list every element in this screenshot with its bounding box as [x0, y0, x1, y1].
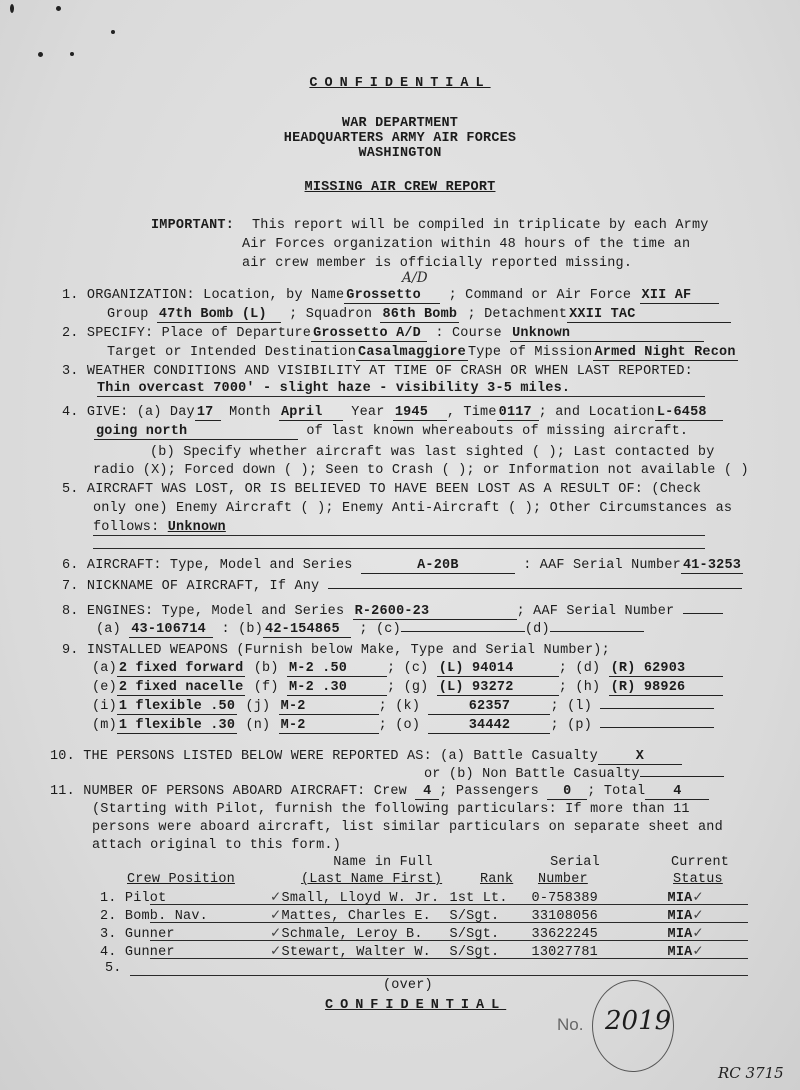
department-line-1: WAR DEPARTMENT: [0, 116, 800, 131]
checkmark-icon: ✓: [692, 943, 704, 959]
section-4-whereabouts-row: going north of last known whereabouts of…: [94, 424, 688, 440]
target-label: Target or Intended Destination: [107, 345, 356, 360]
header-rank: Rank: [480, 872, 513, 887]
engine-a-field[interactable]: 43-106714: [129, 623, 213, 638]
section-9-weapons: 9. INSTALLED WEAPONS (Furnish below Make…: [62, 643, 610, 658]
group-label: Group: [107, 307, 149, 322]
section-number: 10.: [50, 749, 75, 764]
section-4b-line-1: (b) Specify whether aircraft was last si…: [150, 445, 715, 460]
weapon-field[interactable]: 1 flexible .30: [117, 719, 237, 734]
cause-underline-1: [93, 535, 705, 536]
classification-bottom: CONFIDENTIAL: [325, 998, 506, 1013]
location-continued-field[interactable]: going north: [94, 425, 298, 440]
stamp-number-label: No.: [557, 1015, 583, 1035]
follows-label: follows:: [93, 520, 159, 535]
year-field[interactable]: 1945: [393, 406, 447, 421]
target-field[interactable]: Casalmaggiore: [356, 346, 468, 361]
day-label: GIVE: (a) Day: [87, 405, 195, 420]
section-8-serials-row: (a) 43-106714 : (b)42-154865 ; (c)(d): [96, 622, 644, 638]
course-field[interactable]: Unknown: [510, 327, 704, 342]
section-6-aircraft: 6. AIRCRAFT: Type, Model and Series A-20…: [62, 558, 743, 574]
important-line-1: This report will be compiled in triplica…: [252, 218, 709, 233]
weapon-label: ; (o): [379, 718, 421, 733]
row-underline: [150, 958, 748, 959]
battle-casualty-field[interactable]: X: [598, 750, 682, 765]
section-2-target-row: Target or Intended DestinationCasalmaggi…: [107, 345, 738, 361]
weapon-label: ; (l): [550, 699, 592, 714]
section-number: 1.: [62, 288, 79, 303]
weapon-field[interactable]: 2 fixed forward: [117, 662, 246, 677]
section-11-note-2: persons were aboard aircraft, list simil…: [92, 820, 723, 835]
time-label: , Time: [447, 405, 497, 420]
non-battle-casualty-field[interactable]: [640, 776, 724, 777]
detachment-label: ; Detachment: [468, 307, 568, 322]
weapon-label: ; (k): [379, 699, 421, 714]
speck: [38, 52, 43, 57]
nickname-label: NICKNAME OF AIRCRAFT, If Any: [87, 579, 319, 594]
row-underline: [130, 975, 748, 976]
location-label: ORGANIZATION: Location, by Name: [87, 288, 344, 303]
cause-line-1: AIRCRAFT WAS LOST, OR IS BELIEVED TO HAV…: [87, 482, 701, 497]
important-label: IMPORTANT:: [151, 218, 234, 233]
command-label: ; Command or Air Force: [449, 288, 632, 303]
section-4b-line-2: radio (X); Forced down ( ); Seen to Cras…: [93, 463, 749, 478]
detachment-field[interactable]: XXII TAC: [567, 308, 731, 323]
weapon-field[interactable]: 34442: [428, 719, 550, 734]
weapon-label: ; (c): [387, 661, 429, 676]
weapon-label: (i): [92, 699, 117, 714]
important-line-2: Air Forces organization within 48 hours …: [242, 237, 690, 252]
section-10-casualty: 10. THE PERSONS LISTED BELOW WERE REPORT…: [50, 749, 682, 765]
day-field[interactable]: 17: [195, 406, 221, 421]
header-status-bottom: Status: [673, 872, 723, 887]
section-number: 11.: [50, 784, 75, 799]
battle-casualty-label: THE PERSONS LISTED BELOW WERE REPORTED A…: [83, 749, 598, 764]
header-name-top: Name in Full: [328, 855, 438, 870]
crash-location-field[interactable]: L-6458: [655, 406, 723, 421]
weapon-field[interactable]: M-2 .30: [287, 681, 387, 696]
weapon-field[interactable]: 1 flexible .50: [117, 700, 237, 715]
classification-top: CONFIDENTIAL: [0, 76, 800, 91]
time-field[interactable]: 0117: [497, 406, 539, 421]
section-11-persons: 11. NUMBER OF PERSONS ABOARD AIRCRAFT: C…: [50, 784, 709, 800]
section-number: 2.: [62, 326, 79, 341]
crew-label: NUMBER OF PERSONS ABOARD AIRCRAFT: Crew: [83, 784, 407, 799]
command-field[interactable]: XII AF: [640, 289, 719, 304]
weapon-label: ; (d): [559, 661, 601, 676]
aircraft-type-field[interactable]: A-20B: [361, 559, 515, 574]
section-number: 9.: [62, 643, 79, 658]
checkmark-icon: ✓: [692, 889, 704, 905]
header-serial-top: Serial: [540, 855, 610, 870]
weapon-field[interactable]: M-2: [279, 700, 379, 715]
weapons-row: (e)2 fixed nacelle (f) M-2 .30; (g) (L) …: [92, 680, 723, 696]
course-label: : Course: [435, 326, 501, 341]
weapon-field[interactable]: [600, 708, 714, 709]
engine-c-label: ; (c): [359, 622, 401, 637]
departure-field[interactable]: Grossetto A/D: [311, 327, 427, 342]
squadron-field[interactable]: 86th Bomb: [380, 308, 459, 323]
weapon-field[interactable]: 62357: [428, 700, 550, 715]
section-1-group-row: Group 47th Bomb (L) ; Squadron 86th Bomb…: [107, 307, 731, 323]
engine-a-label: (a): [96, 622, 121, 637]
section-number: 3.: [62, 364, 79, 379]
section-2-specify: 2. SPECIFY: Place of DepartureGrossetto …: [62, 326, 704, 342]
whereabouts-label: of last known whereabouts of missing air…: [306, 424, 688, 439]
row-underline: [150, 922, 748, 923]
weapon-label: ; (g): [387, 680, 429, 695]
checkmark-icon: ✓: [270, 925, 282, 941]
squadron-label: ; Squadron: [289, 307, 372, 322]
weapons-row: (a)2 fixed forward (b) M-2 .50; (c) (L) …: [92, 661, 723, 677]
section-8-engines: 8. ENGINES: Type, Model and Series R-260…: [62, 604, 723, 620]
weather-underline: [97, 396, 705, 397]
speck: [111, 30, 115, 34]
passengers-count-field[interactable]: 0: [547, 785, 587, 800]
location-field[interactable]: Grossetto: [344, 289, 440, 304]
section-number: 8.: [62, 604, 79, 619]
weapon-field[interactable]: (L) 93272: [437, 681, 559, 696]
cause-line-2: only one) Enemy Aircraft ( ); Enemy Anti…: [93, 501, 732, 516]
nickname-field[interactable]: [328, 588, 742, 589]
section-number: 7.: [62, 579, 79, 594]
engine-d-field[interactable]: [550, 631, 644, 632]
section-number: 6.: [62, 558, 79, 573]
engine-serial-field[interactable]: [683, 613, 723, 614]
weapon-field[interactable]: [600, 727, 714, 728]
missing-air-crew-report-page: CONFIDENTIAL WAR DEPARTMENT HEADQUARTERS…: [0, 0, 800, 1090]
row-underline: [150, 940, 748, 941]
mission-label: Type of Mission: [468, 345, 593, 360]
total-label: ; Total: [587, 784, 645, 799]
engine-c-field[interactable]: [401, 631, 525, 632]
header-serial-bottom: Number: [538, 872, 588, 887]
month-label: Month: [229, 405, 271, 420]
engines-label: ENGINES: Type, Model and Series: [87, 604, 344, 619]
handwritten-ad-annotation: A/D: [402, 270, 428, 286]
group-field[interactable]: 47th Bomb (L): [157, 308, 281, 323]
section-3-weather: 3. WEATHER CONDITIONS AND VISIBILITY AT …: [62, 364, 693, 379]
non-battle-label: or (b) Non Battle Casualty: [424, 767, 640, 782]
weapons-label: INSTALLED WEAPONS (Furnish below Make, T…: [87, 643, 610, 658]
cause-field[interactable]: Unknown: [168, 520, 226, 535]
checkmark-icon: ✓: [270, 907, 282, 923]
year-label: Year: [351, 405, 384, 420]
engine-type-field[interactable]: R-2600-23: [353, 605, 517, 620]
weather-label: WEATHER CONDITIONS AND VISIBILITY AT TIM…: [87, 364, 693, 379]
weapon-field[interactable]: M-2 .50: [287, 662, 387, 677]
speck: [56, 6, 61, 11]
report-title: MISSING AIR CREW REPORT: [0, 180, 800, 195]
checkmark-icon: ✓: [692, 907, 704, 923]
aircraft-type-label: AIRCRAFT: Type, Model and Series: [87, 558, 353, 573]
weapon-label: (n): [245, 718, 270, 733]
crew-count-field[interactable]: 4: [415, 785, 439, 800]
weapon-label: (a): [92, 661, 117, 676]
weapon-field[interactable]: 2 fixed nacelle: [117, 681, 246, 696]
weapon-label: ; (p): [550, 718, 592, 733]
engine-b-label: : (b): [222, 622, 264, 637]
weapon-label: (f): [254, 680, 279, 695]
weapon-label: (j): [245, 699, 270, 714]
header-status-top: Current: [665, 855, 735, 870]
cause-underline-2: [93, 548, 705, 549]
weapons-row: (m)1 flexible .30 (n) M-2; (o) 34442; (p…: [92, 718, 714, 734]
section-4-give: 4. GIVE: (a) Day17 Month April Year 1945…: [62, 405, 723, 421]
weapon-label: (b): [254, 661, 279, 676]
speck: [10, 4, 14, 13]
weapon-label: ; (h): [559, 680, 601, 695]
section-number: 4.: [62, 405, 79, 420]
aircraft-serial-label: : AAF Serial Number: [523, 558, 681, 573]
header-name-bottom: (Last Name First): [301, 872, 442, 887]
department-line-3: WASHINGTON: [0, 146, 800, 161]
header-crew-position: Crew Position: [127, 872, 235, 887]
over-note: (over): [383, 978, 433, 993]
engine-serial-label: ; AAF Serial Number: [517, 604, 675, 619]
section-1-organization: 1. ORGANIZATION: Location, by NameGrosse…: [62, 288, 719, 304]
total-count-field[interactable]: 4: [645, 785, 709, 800]
cause-line-3: follows: Unknown: [93, 520, 226, 535]
weapon-field[interactable]: (R) 62903: [609, 662, 723, 677]
passengers-label: ; Passengers: [439, 784, 539, 799]
section-11-note-1: (Starting with Pilot, furnish the follow…: [92, 802, 690, 817]
checkmark-icon: ✓: [692, 925, 704, 941]
engine-b-field[interactable]: 42-154865: [263, 623, 351, 638]
important-line-3: air crew member is officially reported m…: [242, 256, 632, 271]
weapon-label: (e): [92, 680, 117, 695]
checkmark-icon: ✓: [270, 943, 282, 959]
non-battle-row: or (b) Non Battle Casualty: [424, 767, 724, 782]
archive-reference: RC 3715: [718, 1064, 784, 1082]
section-number: 5.: [62, 482, 79, 497]
speck: [70, 52, 74, 56]
weapon-field[interactable]: (L) 94014: [437, 662, 559, 677]
aircraft-serial-field[interactable]: 41-3253: [681, 559, 743, 574]
location-label: ; and Location: [539, 405, 655, 420]
department-line-2: HEADQUARTERS ARMY AIR FORCES: [0, 131, 800, 146]
row-underline: [150, 904, 748, 905]
departure-label: SPECIFY: Place of Departure: [87, 326, 311, 341]
section-5-cause: 5. AIRCRAFT WAS LOST, OR IS BELIEVED TO …: [62, 482, 701, 497]
month-field[interactable]: April: [279, 406, 343, 421]
weapons-row: (i)1 flexible .50 (j) M-2; (k) 62357; (l…: [92, 699, 714, 715]
crew-row-5-label: 5.: [105, 961, 122, 976]
section-11-note-3: attach original to this form.): [92, 838, 341, 853]
weather-field[interactable]: Thin overcast 7000' - slight haze - visi…: [97, 381, 570, 396]
section-7-nickname: 7. NICKNAME OF AIRCRAFT, If Any: [62, 579, 742, 594]
weapon-field[interactable]: (R) 98926: [609, 681, 723, 696]
stamp-number-handwritten: 2019: [605, 1006, 671, 1036]
mission-field[interactable]: Armed Night Recon: [593, 346, 738, 361]
weapon-field[interactable]: M-2: [279, 719, 379, 734]
engine-d-label: (d): [525, 622, 550, 637]
weapon-label: (m): [92, 718, 117, 733]
checkmark-icon: ✓: [270, 889, 282, 905]
